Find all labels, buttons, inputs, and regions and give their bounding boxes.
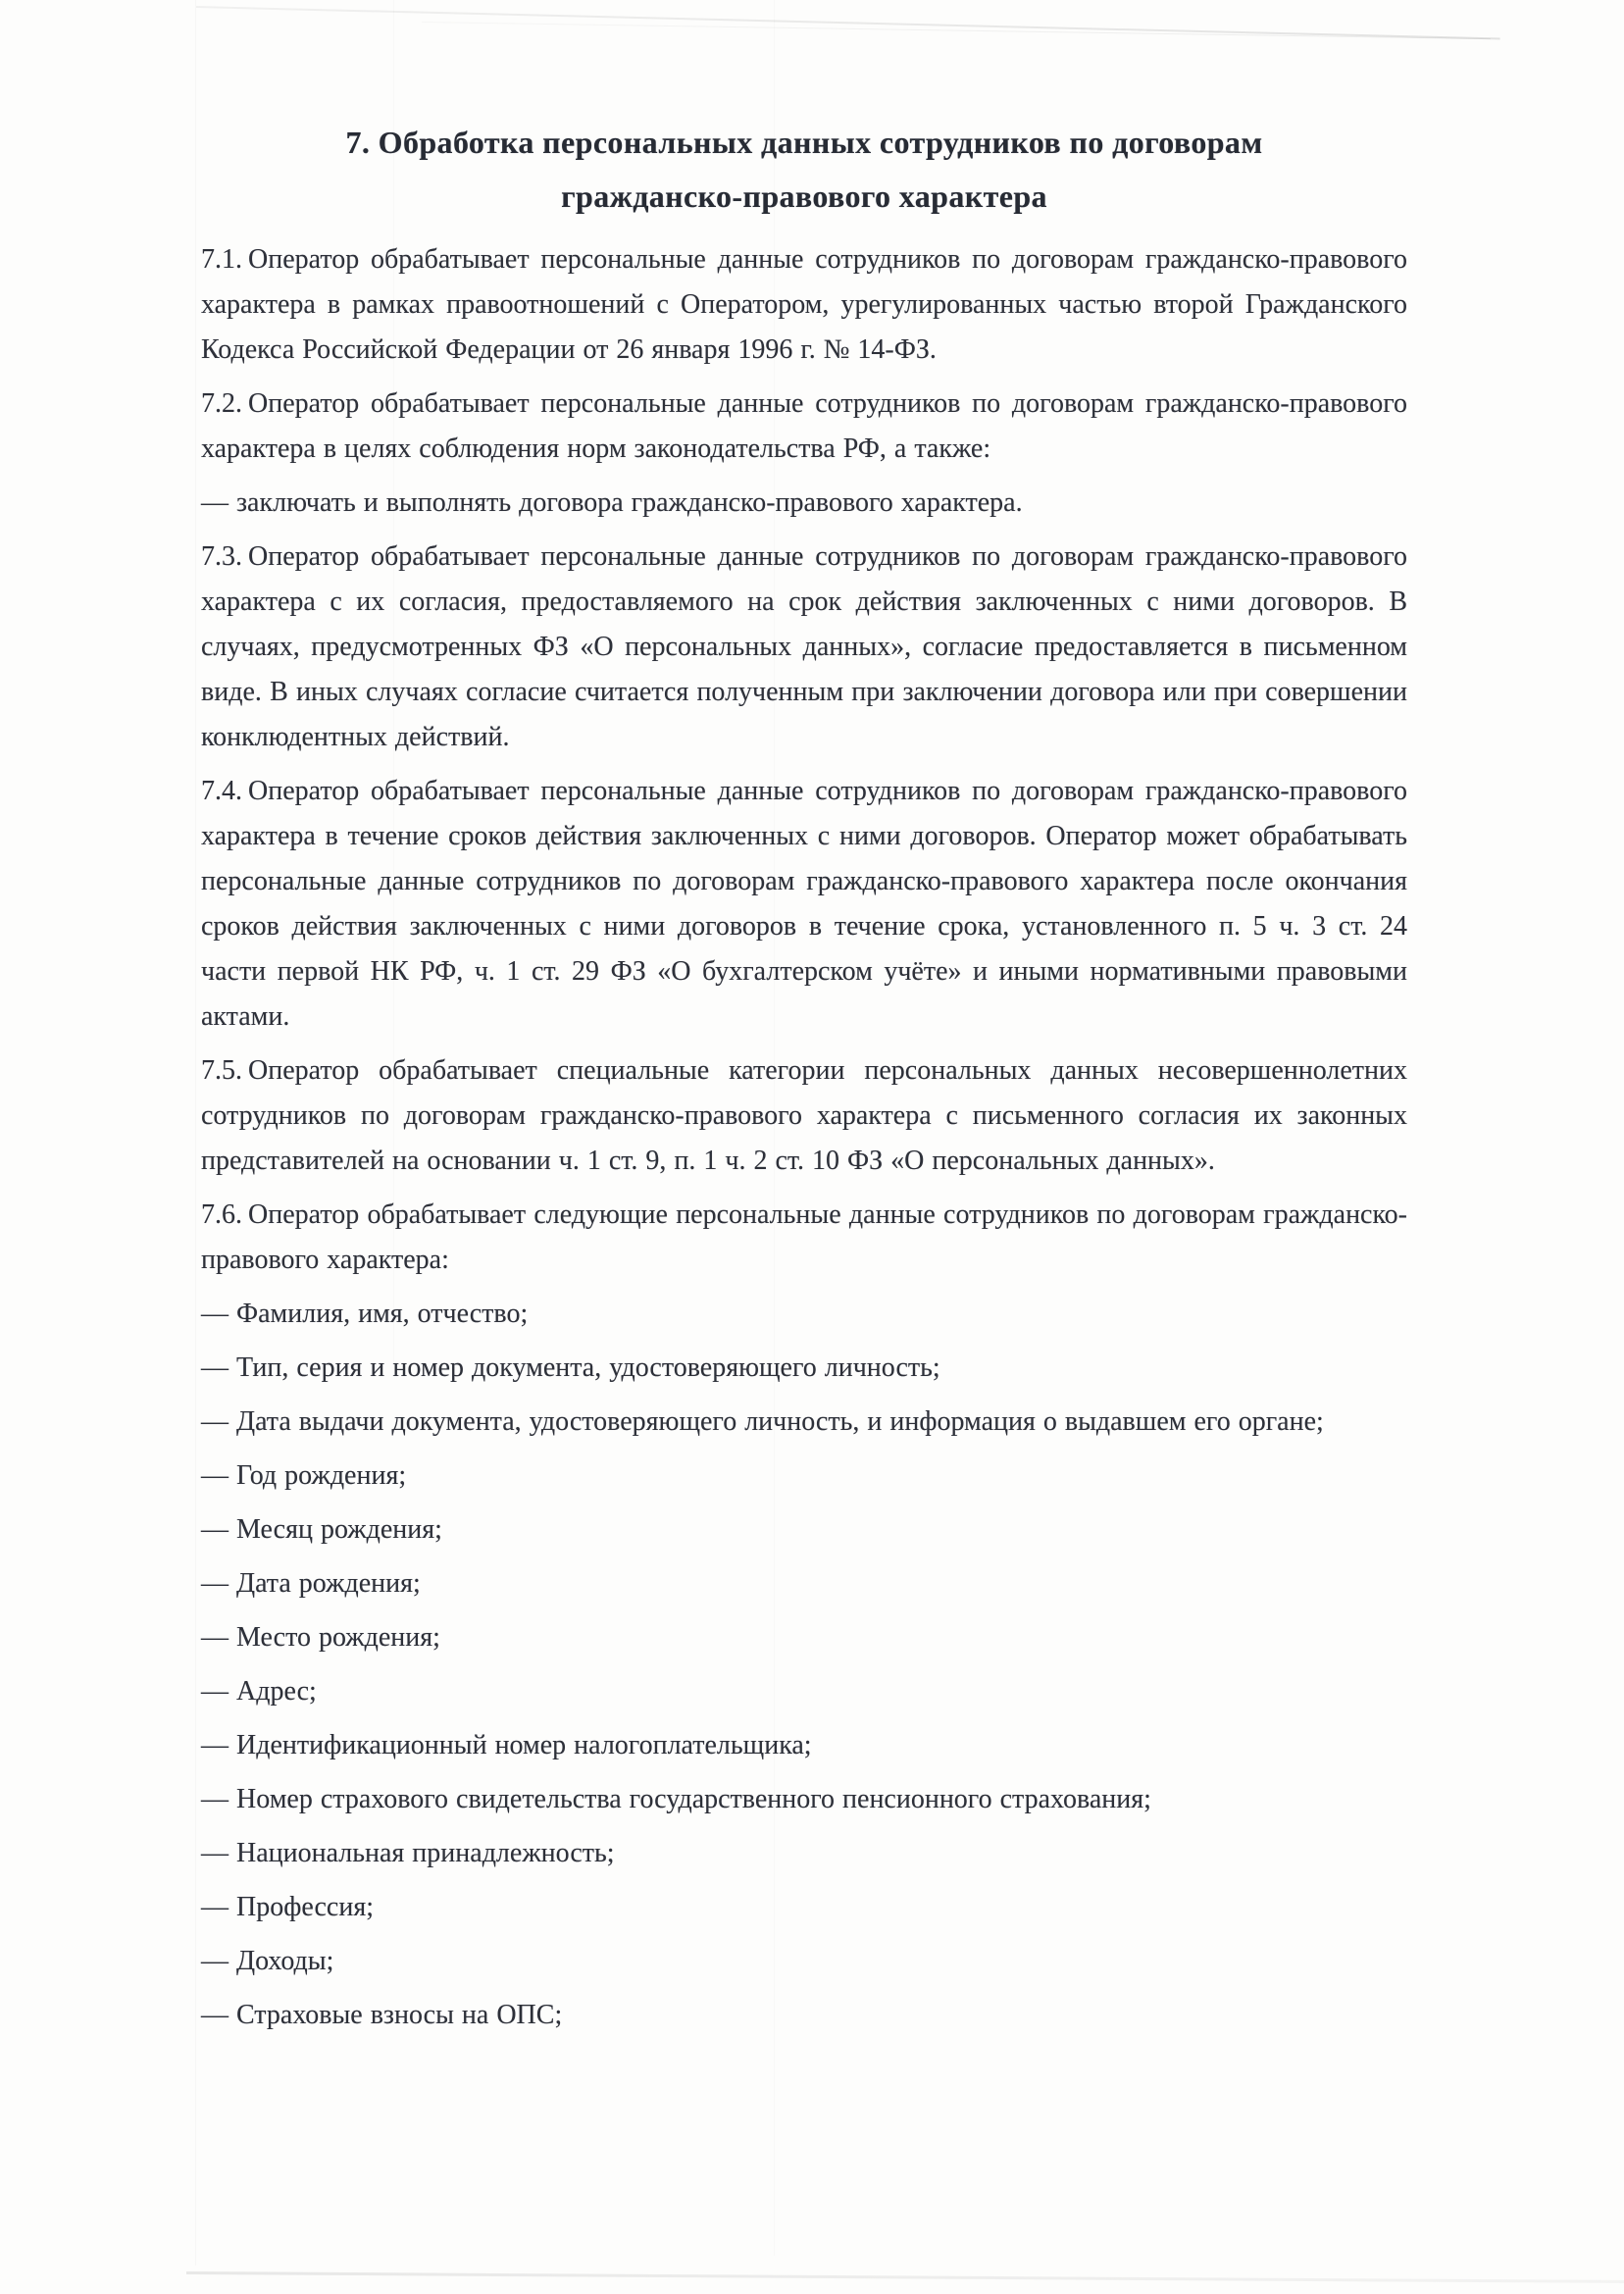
scan-artifact-bottom-line [186,2271,1624,2283]
scan-artifact-vertical-line [195,0,196,2266]
clause-number: 7.3. [201,541,242,572]
document-page: 7. Обработка персональных данных сотрудн… [0,0,1624,2294]
data-item-ops-insurance-contributions: — Страховые взносы на ОПС; [201,1993,1407,2038]
data-item-document-issue-info: — Дата выдачи документа, удостоверяющего… [201,1400,1407,1445]
clause-text: Оператор обрабатывает персональные данны… [201,776,1407,1032]
clause-7-1: 7.1.Оператор обрабатывает персональные д… [201,237,1407,373]
clause-7-6: 7.6.Оператор обрабатывает следующие перс… [201,1193,1407,1283]
data-item-birth-month: — Месяц рождения; [201,1507,1407,1553]
data-item-full-name: — Фамилия, имя, отчество; [201,1292,1407,1337]
clause-text: Оператор обрабатывает персональные данны… [201,244,1407,365]
clause-number: 7.6. [201,1199,242,1230]
data-item-identity-document: — Тип, серия и номер документа, удостове… [201,1346,1407,1391]
clause-text: Оператор обрабатывает персональные данны… [201,541,1407,752]
title-line-1: 7. Обработка персональных данных сотрудн… [201,116,1407,170]
data-item-address: — Адрес; [201,1669,1407,1714]
data-item-nationality: — Национальная принадлежность; [201,1831,1407,1876]
clause-7-4: 7.4.Оператор обрабатывает персональные д… [201,769,1407,1040]
scan-artifact-top-line-2 [422,22,1491,39]
scan-artifact-top-line [196,6,1500,39]
clause-number: 7.5. [201,1055,242,1086]
data-item-profession: — Профессия; [201,1885,1407,1930]
clause-7-2: 7.2.Оператор обрабатывает персональные д… [201,382,1407,472]
clause-text: Оператор обрабатывает персональные данны… [201,388,1407,464]
data-item-birth-place: — Место рождения; [201,1615,1407,1660]
clause-number: 7.1. [201,244,242,275]
data-item-taxpayer-number: — Идентификационный номер налогоплательщ… [201,1723,1407,1768]
data-item-birth-year: — Год рождения; [201,1453,1407,1499]
clause-text: Оператор обрабатывает специальные катего… [201,1055,1407,1176]
clause-number: 7.2. [201,388,242,419]
purpose-item-conclude-contracts: — заключать и выполнять договора граждан… [201,481,1407,526]
data-item-income: — Доходы; [201,1939,1407,1984]
page-title: 7. Обработка персональных данных сотрудн… [201,116,1407,224]
title-line-2: гражданско-правового характера [201,170,1407,224]
data-item-pension-insurance-number: — Номер страхового свидетельства государ… [201,1777,1407,1822]
clause-7-5: 7.5.Оператор обрабатывает специальные ка… [201,1048,1407,1184]
clause-7-3: 7.3.Оператор обрабатывает персональные д… [201,535,1407,760]
data-item-birth-date: — Дата рождения; [201,1561,1407,1606]
clause-number: 7.4. [201,776,242,806]
clause-text: Оператор обрабатывает следующие персонал… [201,1199,1407,1275]
